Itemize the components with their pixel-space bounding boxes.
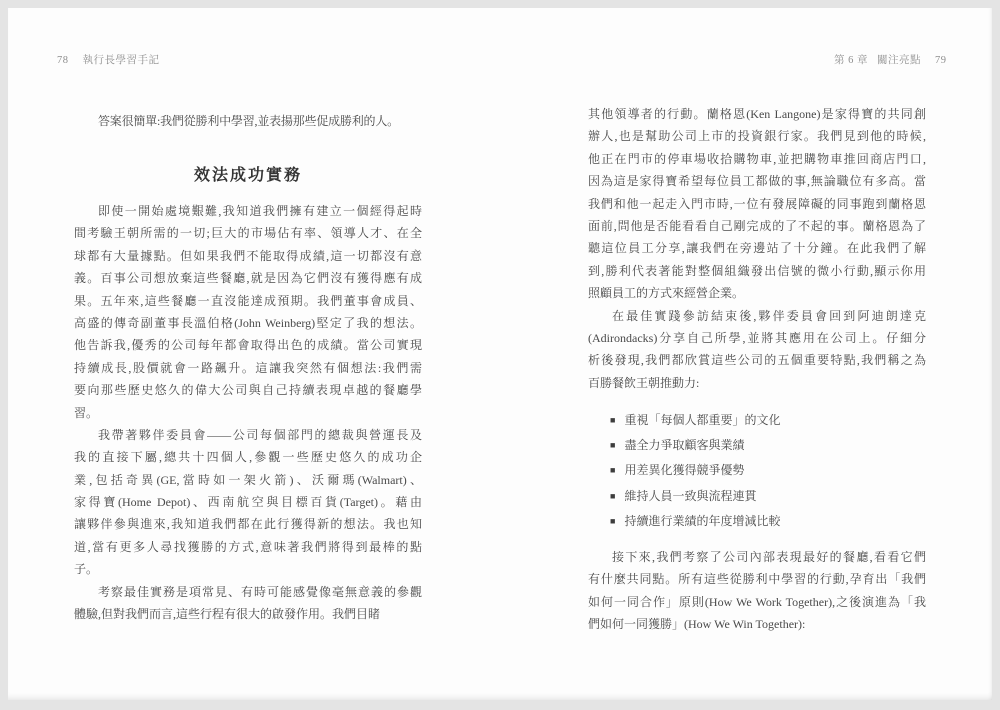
bullet-text: 盡全力爭取顧客與業績	[624, 438, 744, 452]
text-line: 到,勝利代表著能對整個組織發出信號的微小行動,顯示你用	[588, 260, 926, 282]
book-title: 執行長學習手記	[83, 55, 160, 66]
text-line: 讓夥伴參與進來,我知道我們都在此行獲得新的想法。我也知	[74, 513, 422, 535]
left-running-head: 78執行長學習手記	[57, 52, 160, 67]
square-bullet-icon: ■	[610, 484, 615, 509]
bullet-item: ■盡全力爭取顧客與業績	[588, 433, 926, 458]
text-line: 在最佳實踐參訪結束後,夥伴委員會回到阿迪朗達克	[588, 305, 926, 327]
text-line: 其他領導者的行動。蘭格恩(Ken Langone)是家得寶的共同創	[588, 103, 926, 125]
bullet-text: 維持人員一致與流程連貫	[624, 489, 756, 503]
text-line: 體驗,但對我們而言,這些行程有很大的啟發作用。我們目睹	[74, 603, 422, 625]
text-line: 我帶著夥伴委員會——公司每個部門的總裁與營運長及	[74, 424, 422, 446]
text-line: 我們和他一起走入門市時,一位有發展障礙的同事跑到蘭格恩	[588, 193, 926, 215]
text-line: 百勝餐飲王朝推動力:	[588, 372, 926, 394]
left-page-number: 78	[57, 55, 69, 66]
book-page-spread: 78執行長學習手記 第 6 章關注亮點79 答案很簡單:我們從勝利中學習,並表揚…	[8, 8, 992, 700]
section-heading: 效法成功實務	[74, 162, 422, 185]
chapter-title: 關注亮點	[877, 55, 921, 66]
right-body-paragraphs: 其他領導者的行動。蘭格恩(Ken Langone)是家得寶的共同創辦人,也是幫助…	[588, 103, 926, 394]
text-line: 聽這位員工分享,讓我們在旁邊站了十分鐘。在此我們了解	[588, 237, 926, 259]
left-page-body: 即使一開始處境艱難,我知道我們擁有建立一個經得起時間考驗王朝所需的一切;巨大的市…	[74, 200, 422, 625]
bullet-item: ■維持人員一致與流程連貫	[588, 484, 926, 509]
bullet-item: ■用差異化獲得競爭優勢	[588, 458, 926, 483]
text-line: (Adirondacks)分享自己所學,並將其應用在公司上。仔細分	[588, 327, 926, 349]
square-bullet-icon: ■	[610, 433, 615, 458]
text-line: 因為這是家得寶希望每位員工都做的事,無論職位有多高。當	[588, 170, 926, 192]
text-line: 他告訴我,優秀的公司每年都會取得出色的成績。當公司實現	[74, 334, 422, 356]
right-page-body: 其他領導者的行動。蘭格恩(Ken Langone)是家得寶的共同創辦人,也是幫助…	[588, 103, 926, 636]
square-bullet-icon: ■	[610, 458, 615, 483]
right-page-number: 79	[935, 55, 947, 66]
text-line: 習。	[74, 402, 422, 424]
text-line: 球都有大量據點。但如果我們不能取得成績,這一切都沒有意	[74, 245, 422, 267]
text-line: 道,當有更多人尋找獲勝的方式,意味著我們將得到最棒的點	[74, 536, 422, 558]
text-line: 持續成長,股價就會一路飆升。這讓我突然有個想法:我們需	[74, 357, 422, 379]
bullet-item: ■持續進行業績的年度增減比較	[588, 509, 926, 534]
dynasty-drivers-bullet-list: ■重視「每個人都重要」的文化■盡全力爭取顧客與業績■用差異化獲得競爭優勢■維持人…	[588, 408, 926, 534]
text-line: 家得寶(Home Depot)、西南航空與目標百貨(Target)。藉由	[74, 491, 422, 513]
text-line: 我的直接下屬,總共十四個人,參觀一些歷史悠久的成功企	[74, 446, 422, 468]
text-line: 高盛的傳奇副董事長溫伯格(John Weinberg)堅定了我的想法。	[74, 312, 422, 334]
text-line: 如何一同合作」原則(How We Work Together),之後演進為「我	[588, 591, 926, 613]
text-line: 辦人,也是幫助公司上市的投資銀行家。我們見到他的時候,	[588, 125, 926, 147]
bullet-text: 重視「每個人都重要」的文化	[624, 413, 780, 427]
chapter-label: 第 6 章	[834, 55, 868, 66]
left-intro-paragraph: 答案很簡單:我們從勝利中學習,並表揚那些促成勝利的人。	[74, 110, 422, 132]
text-line: 間考驗王朝所需的一切;巨大的市場佔有率、領導人才、在全	[74, 222, 422, 244]
bullet-item: ■重視「每個人都重要」的文化	[588, 408, 926, 433]
text-line: 即使一開始處境艱難,我知道我們擁有建立一個經得起時	[74, 200, 422, 222]
text-line: 接下來,我們考察了公司內部表現最好的餐廳,看看它們	[588, 546, 926, 568]
square-bullet-icon: ■	[610, 408, 615, 433]
text-line: 考察最佳實務是項常見、有時可能感覺像毫無意義的參觀	[74, 581, 422, 603]
bullet-text: 持續進行業績的年度增減比較	[624, 514, 780, 528]
text-line: 果。五年來,這些餐廳一直沒能達成預期。我們董事會成員、	[74, 290, 422, 312]
text-line: 析後發現,我們都欣賞這些公司的五個重要特點,我們稱之為	[588, 349, 926, 371]
text-line: 要向那些歷史悠久的偉大公司與自己持續表現卓越的餐廳學	[74, 379, 422, 401]
right-closing-paragraph: 接下來,我們考察了公司內部表現最好的餐廳,看看它們有什麼共同點。所有這些從勝利中…	[588, 546, 926, 636]
text-line: 照顧員工的方式來經營企業。	[588, 282, 926, 304]
text-line: 他正在門市的停車場收拾購物車,並把購物車推回商店門口,	[588, 148, 926, 170]
text-line: 子。	[74, 558, 422, 580]
text-line: 們如何一同獲勝」(How We Win Together):	[588, 613, 926, 635]
bullet-text: 用差異化獲得競爭優勢	[624, 463, 744, 477]
square-bullet-icon: ■	[610, 509, 615, 534]
text-line: 義。百事公司想放棄這些餐廳,就是因為它們沒有獲得應有成	[74, 267, 422, 289]
text-line: 業,包括奇異(GE,當時如一架火箭)、沃爾瑪(Walmart)、	[74, 469, 422, 491]
text-line: 面前,問他是否能看看自己剛完成的了不起的事。蘭格恩為了	[588, 215, 926, 237]
right-running-head: 第 6 章關注亮點79	[834, 52, 947, 67]
text-line: 有什麼共同點。所有這些從勝利中學習的行動,孕育出「我們	[588, 568, 926, 590]
text-line: 答案很簡單:我們從勝利中學習,並表揚那些促成勝利的人。	[74, 110, 422, 132]
